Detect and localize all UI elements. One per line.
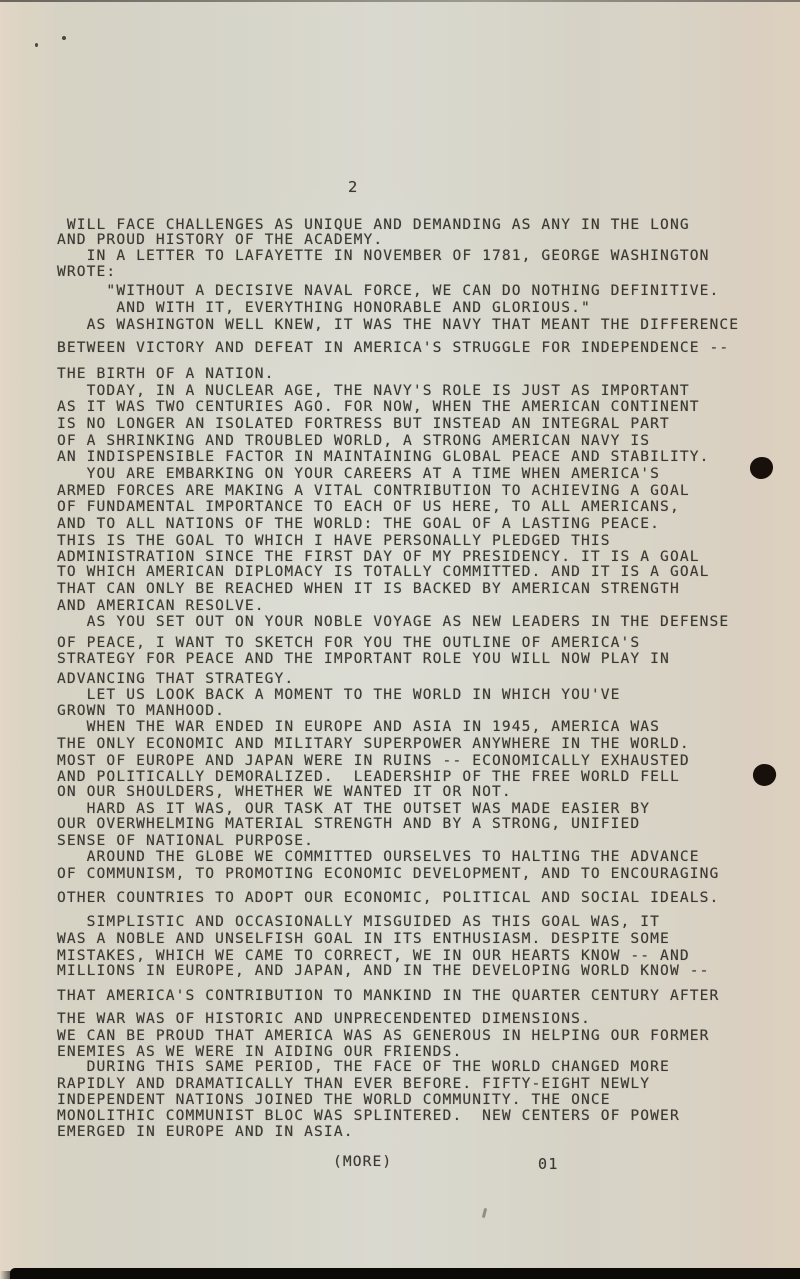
- text-line: WE CAN BE PROUD THAT AMERICA WAS AS GENE…: [57, 1029, 710, 1044]
- footer-page-code: 01: [538, 1157, 559, 1172]
- text-line: "WITHOUT A DECISIVE NAVAL FORCE, WE CAN …: [57, 284, 719, 299]
- text-line: WHEN THE WAR ENDED IN EUROPE AND ASIA IN…: [57, 720, 660, 735]
- text-line: TODAY, IN A NUCLEAR AGE, THE NAVY'S ROLE…: [57, 384, 690, 399]
- text-line: AND WITH IT, EVERYTHING HONORABLE AND GL…: [57, 301, 591, 316]
- text-line: DURING THIS SAME PERIOD, THE FACE OF THE…: [57, 1060, 670, 1075]
- text-line: ARMED FORCES ARE MAKING A VITAL CONTRIBU…: [57, 484, 690, 499]
- text-line: THE WAR WAS OF HISTORIC AND UNPRECENDENT…: [57, 1012, 591, 1027]
- text-line: INDEPENDENT NATIONS JOINED THE WORLD COM…: [57, 1093, 611, 1108]
- text-line: AS YOU SET OUT ON YOUR NOBLE VOYAGE AS N…: [57, 615, 729, 630]
- text-line: MOST OF EUROPE AND JAPAN WERE IN RUINS -…: [57, 754, 690, 769]
- paper-speck: [35, 43, 38, 47]
- text-line: AND AMERICAN RESOLVE.: [57, 599, 265, 614]
- text-line: OF PEACE, I WANT TO SKETCH FOR YOU THE O…: [57, 636, 640, 651]
- text-line: THAT CAN ONLY BE REACHED WHEN IT IS BACK…: [57, 582, 680, 597]
- text-line: ON OUR SHOULDERS, WHETHER WE WANTED IT O…: [57, 785, 512, 800]
- text-line: OF COMMUNISM, TO PROMOTING ECONOMIC DEVE…: [57, 867, 719, 882]
- ink-dot-icon: [751, 762, 778, 788]
- text-line: THIS IS THE GOAL TO WHICH I HAVE PERSONA…: [57, 534, 611, 549]
- paper-speck: [62, 36, 66, 40]
- text-line: EMERGED IN EUROPE AND IN ASIA.: [57, 1125, 354, 1140]
- text-line: AND PROUD HISTORY OF THE ACADEMY.: [57, 233, 383, 248]
- ink-dot-icon: [750, 457, 773, 479]
- scan-edge-top: [0, 0, 800, 2]
- text-line: WAS A NOBLE AND UNSELFISH GOAL IN ITS EN…: [57, 932, 670, 947]
- paper-speck: [482, 1208, 487, 1218]
- scan-edge-bottom-fade: [0, 1271, 14, 1279]
- text-line: THE ONLY ECONOMIC AND MILITARY SUPERPOWE…: [57, 737, 690, 752]
- text-line: AN INDISPENSIBLE FACTOR IN MAINTAINING G…: [57, 450, 710, 465]
- text-line: AND TO ALL NATIONS OF THE WORLD: THE GOA…: [57, 517, 660, 532]
- footer-more-marker: (MORE): [333, 1155, 392, 1170]
- text-line: RAPIDLY AND DRAMATICALLY THAN EVER BEFOR…: [57, 1077, 650, 1092]
- text-line: IS NO LONGER AN ISOLATED FORTRESS BUT IN…: [57, 417, 670, 432]
- text-line: MONOLITHIC COMMUNIST BLOC WAS SPLINTERED…: [57, 1109, 680, 1124]
- text-line: THE BIRTH OF A NATION.: [57, 367, 275, 382]
- text-line: OF A SHRINKING AND TROUBLED WORLD, A STR…: [57, 434, 650, 449]
- text-line: OTHER COUNTRIES TO ADOPT OUR ECONOMIC, P…: [57, 891, 719, 906]
- text-line: IN A LETTER TO LAFAYETTE IN NOVEMBER OF …: [57, 249, 710, 264]
- text-line: ADVANCING THAT STRATEGY.: [57, 672, 294, 687]
- text-line: SENSE OF NATIONAL PURPOSE.: [57, 834, 314, 849]
- text-line: MILLIONS IN EUROPE, AND JAPAN, AND IN TH…: [57, 964, 710, 979]
- text-line: AS IT WAS TWO CENTURIES AGO. FOR NOW, WH…: [57, 400, 700, 415]
- text-line: AROUND THE GLOBE WE COMMITTED OURSELVES …: [57, 850, 700, 865]
- text-line: OF FUNDAMENTAL IMPORTANCE TO EACH OF US …: [57, 500, 680, 515]
- text-line: OUR OVERWHELMING MATERIAL STRENGTH AND B…: [57, 817, 640, 832]
- text-line: SIMPLISTIC AND OCCASIONALLY MISGUIDED AS…: [57, 915, 660, 930]
- text-line: THAT AMERICA'S CONTRIBUTION TO MANKIND I…: [57, 989, 719, 1004]
- text-line: YOU ARE EMBARKING ON YOUR CAREERS AT A T…: [57, 467, 660, 482]
- text-line: TO WHICH AMERICAN DIPLOMACY IS TOTALLY C…: [57, 565, 710, 580]
- page-number: 2: [348, 180, 358, 196]
- text-line: GROWN TO MANHOOD.: [57, 704, 225, 719]
- scanned-page: 2 WILL FACE CHALLENGES AS UNIQUE AND DEM…: [0, 0, 800, 1279]
- text-line: WROTE:: [57, 265, 116, 280]
- scan-edge-bottom: [10, 1268, 800, 1279]
- text-line: LET US LOOK BACK A MOMENT TO THE WORLD I…: [57, 688, 621, 703]
- text-line: BETWEEN VICTORY AND DEFEAT IN AMERICA'S …: [57, 341, 729, 356]
- text-line: STRATEGY FOR PEACE AND THE IMPORTANT ROL…: [57, 652, 670, 667]
- text-line: AS WASHINGTON WELL KNEW, IT WAS THE NAVY…: [57, 318, 739, 333]
